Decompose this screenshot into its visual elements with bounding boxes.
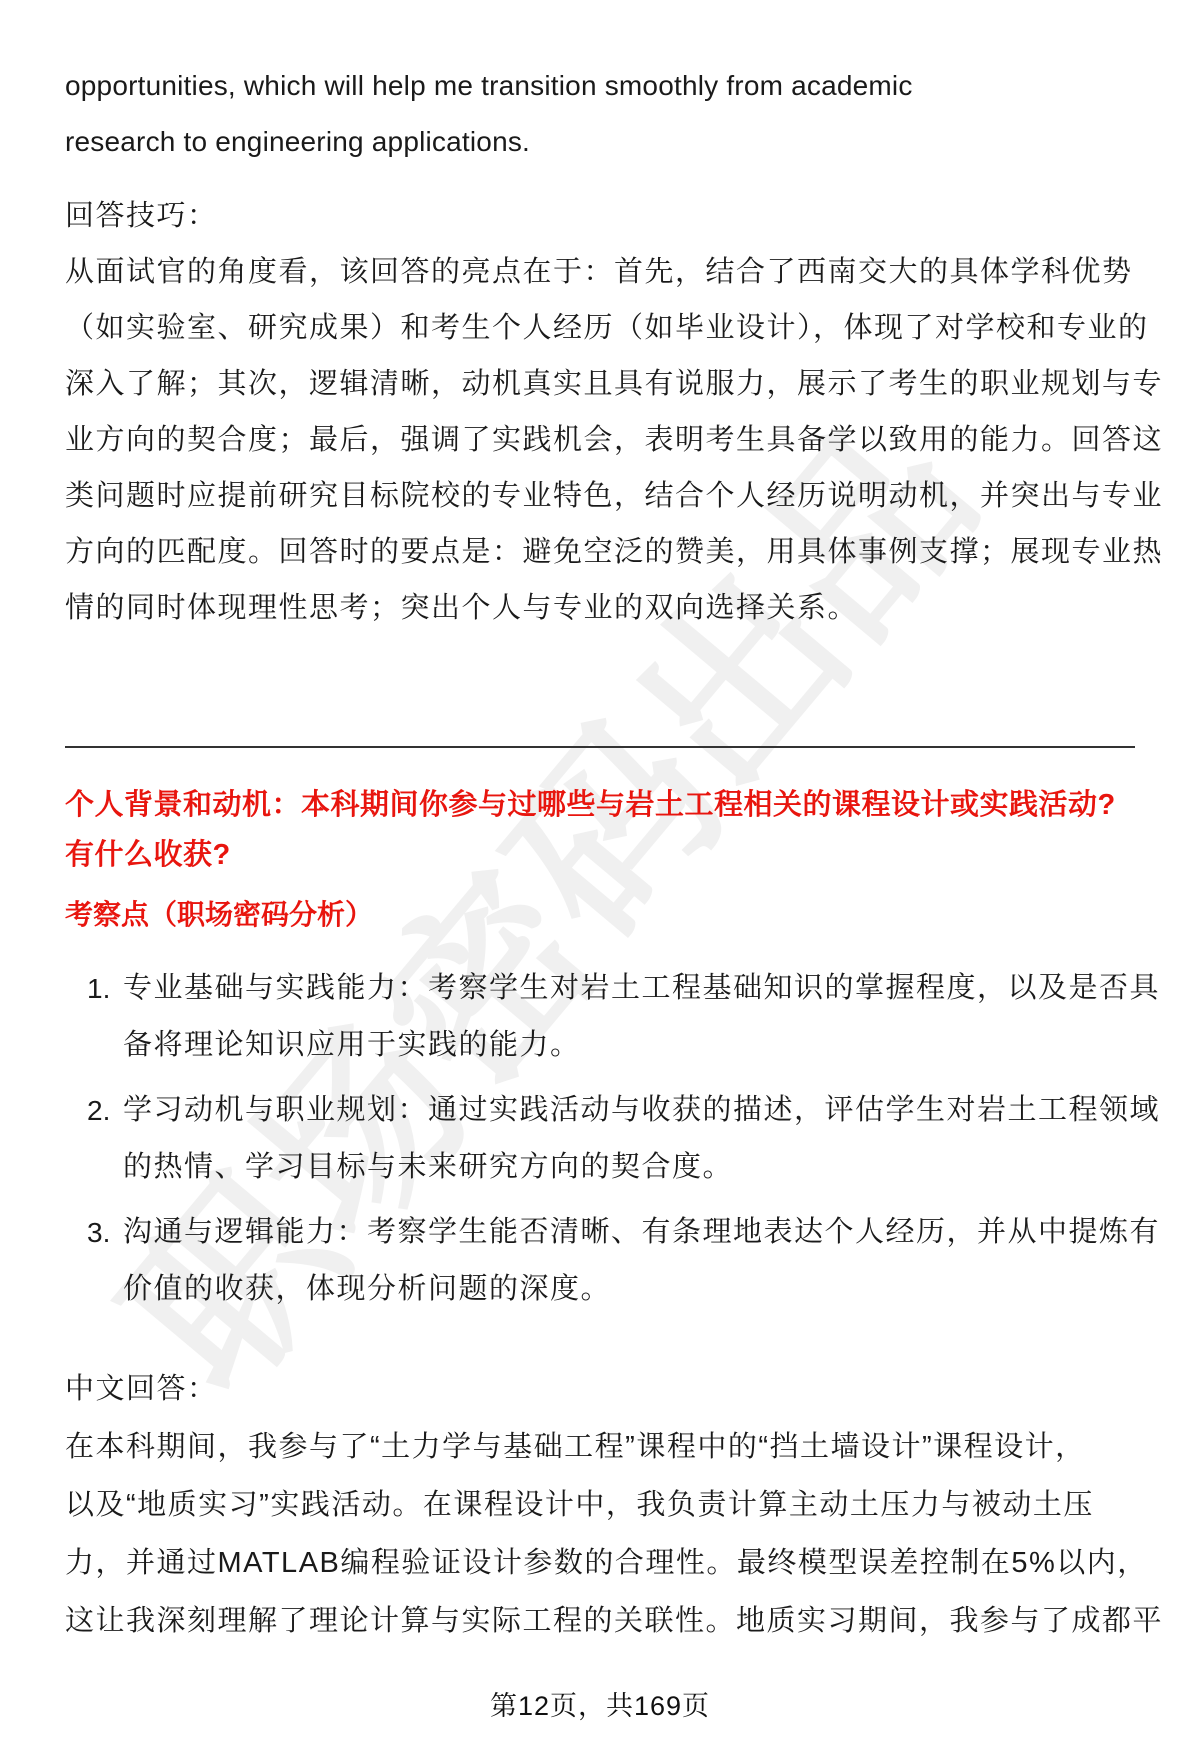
english-paragraph: opportunities, which will help me transi…	[65, 58, 1135, 170]
text-line: 备将理论知识应用于实践的能力。	[123, 1017, 1135, 1074]
document-page: 职场密码出品 opportunities, which will help me…	[0, 0, 1200, 1755]
text-line: 类问题时应提前研究目标院校的专业特色，结合个人经历说明动机，并突出与专业	[65, 468, 1135, 524]
text-line: 以及“地质实习”实践活动。在课程设计中，我负责计算主动土压力与被动土压	[65, 1476, 1135, 1534]
text-line: 力，并通过MATLAB编程验证设计参数的合理性。最终模型误差控制在5%以内，	[65, 1534, 1135, 1592]
list-item: 3.沟通与逻辑能力：考察学生能否清晰、有条理地表达个人经历，并从中提炼有价值的收…	[65, 1204, 1135, 1318]
text-line: 价值的收获，体现分析问题的深度。	[123, 1261, 1135, 1318]
text-line: 学习动机与职业规划：通过实践活动与收获的描述，评估学生对岩土工程领域	[123, 1082, 1135, 1139]
text-line: 专业基础与实践能力：考察学生对岩土工程基础知识的掌握程度，以及是否具	[123, 960, 1135, 1017]
page-content: opportunities, which will help me transi…	[0, 0, 1200, 1726]
text-line: research to engineering applications.	[65, 114, 1135, 170]
chinese-answer-label: 中文回答：	[65, 1360, 1135, 1418]
text-line: 这让我深刻理解了理论计算与实际工程的关联性。地质实习期间，我参与了成都平	[65, 1592, 1135, 1650]
text-line: 从面试官的角度看，该回答的亮点在于：首先，结合了西南交大的具体学科优势	[65, 244, 1135, 300]
text-line: opportunities, which will help me transi…	[65, 58, 1135, 114]
list-item-number: 2.	[87, 1082, 110, 1139]
text-line: 在本科期间，我参与了“土力学与基础工程”课程中的“挡土墙设计”课程设计，	[65, 1418, 1135, 1476]
question-heading: 个人背景和动机：本科期间你参与过哪些与岩土工程相关的课程设计或实践活动?有什么收…	[65, 780, 1135, 880]
text-line: 的热情、学习目标与未来研究方向的契合度。	[123, 1139, 1135, 1196]
text-line: 情的同时体现理性思考；突出个人与专业的双向选择关系。	[65, 580, 1135, 636]
answer-tips-section: 回答技巧： 从面试官的角度看，该回答的亮点在于：首先，结合了西南交大的具体学科优…	[65, 188, 1135, 636]
text-line: 方向的匹配度。回答时的要点是：避免空泛的赞美，用具体事例支撑；展现专业热	[65, 524, 1135, 580]
list-item-number: 3.	[87, 1204, 110, 1261]
page-number: 第12页，共169页	[65, 1686, 1135, 1726]
list-item-number: 1.	[87, 960, 110, 1017]
text-line: 个人背景和动机：本科期间你参与过哪些与岩土工程相关的课程设计或实践活动?	[65, 780, 1135, 830]
list-item-text: 沟通与逻辑能力：考察学生能否清晰、有条理地表达个人经历，并从中提炼有价值的收获，…	[123, 1204, 1135, 1318]
answer-tips-label: 回答技巧：	[65, 188, 1135, 244]
section-divider	[65, 746, 1135, 748]
list-item: 1.专业基础与实践能力：考察学生对岩土工程基础知识的掌握程度，以及是否具备将理论…	[65, 960, 1135, 1074]
exam-points-list: 1.专业基础与实践能力：考察学生对岩土工程基础知识的掌握程度，以及是否具备将理论…	[65, 960, 1135, 1318]
chinese-answer-section: 中文回答： 在本科期间，我参与了“土力学与基础工程”课程中的“挡土墙设计”课程设…	[65, 1360, 1135, 1650]
text-line: 深入了解；其次，逻辑清晰，动机真实且具有说服力，展示了考生的职业规划与专	[65, 356, 1135, 412]
text-line: 沟通与逻辑能力：考察学生能否清晰、有条理地表达个人经历，并从中提炼有	[123, 1204, 1135, 1261]
text-line: 有什么收获?	[65, 830, 1135, 880]
text-line: （如实验室、研究成果）和考生个人经历（如毕业设计），体现了对学校和专业的	[65, 300, 1135, 356]
list-item: 2.学习动机与职业规划：通过实践活动与收获的描述，评估学生对岩土工程领域的热情、…	[65, 1082, 1135, 1196]
list-item-text: 专业基础与实践能力：考察学生对岩土工程基础知识的掌握程度，以及是否具备将理论知识…	[123, 960, 1135, 1074]
list-item-text: 学习动机与职业规划：通过实践活动与收获的描述，评估学生对岩土工程领域的热情、学习…	[123, 1082, 1135, 1196]
chinese-answer-body: 在本科期间，我参与了“土力学与基础工程”课程中的“挡土墙设计”课程设计，以及“地…	[65, 1418, 1135, 1650]
text-line: 业方向的契合度；最后，强调了实践机会，表明考生具备学以致用的能力。回答这	[65, 412, 1135, 468]
answer-tips-body: 从面试官的角度看，该回答的亮点在于：首先，结合了西南交大的具体学科优势（如实验室…	[65, 244, 1135, 636]
exam-points-heading: 考察点（职场密码分析）	[65, 890, 1135, 940]
